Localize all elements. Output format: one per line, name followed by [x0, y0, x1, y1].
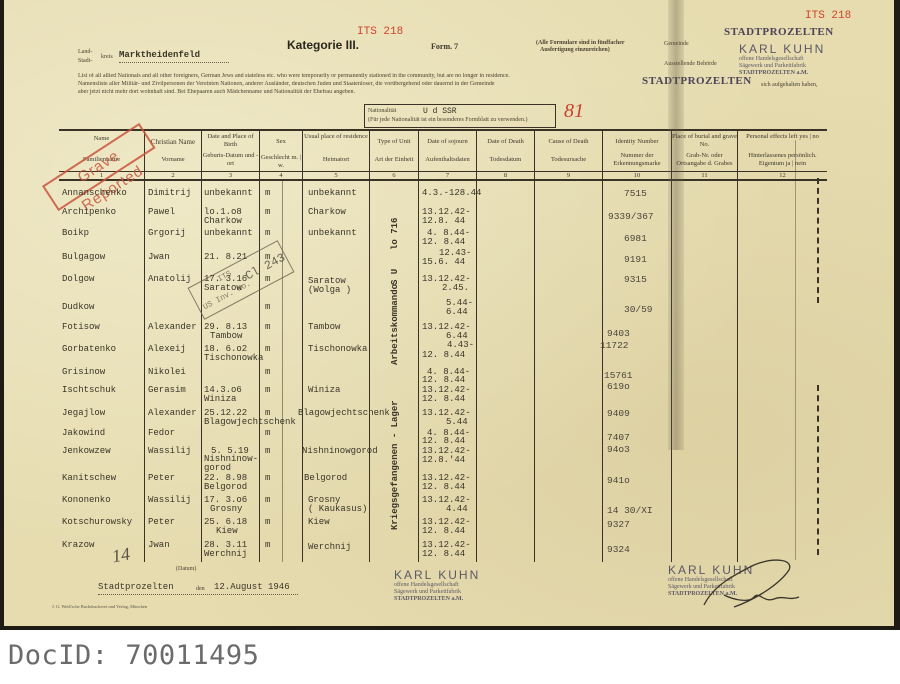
table-top-rule	[59, 129, 827, 131]
karl-kuhn-stamp-bottom: KARL KUHN offene Handelsgesellschaft Säg…	[394, 568, 480, 603]
unit-vertical-number: lo 716	[390, 205, 400, 250]
header-id-en: Identity Number	[603, 138, 671, 146]
karl-kuhn-stamp-line2: Sägewerk und Parkettfabrik	[739, 63, 806, 70]
header-id-de: Nummer der Erkennungsmarke	[603, 152, 671, 168]
cell-sojourn-end: 12. 8.44	[422, 526, 465, 536]
cell-residence: Tambow	[308, 322, 340, 332]
cell-sojourn-end: 6.44	[446, 307, 468, 317]
col-divider	[369, 130, 370, 562]
header-unit-num: 6	[370, 172, 418, 180]
document-frame: Land- Stadt- kreis Marktheidenfeld Kateg…	[0, 0, 900, 630]
effects-dash-line	[817, 178, 821, 303]
cell-id: 7515	[624, 188, 647, 199]
cell-first: Dimitrij	[148, 188, 191, 198]
header-sojourn-de: Aufenthaltsdaten	[419, 156, 476, 164]
cell-residence-2: (Wolga )	[308, 285, 351, 295]
cell-id: 14 30/XI	[607, 505, 653, 516]
cell-name: Jenkowzew	[62, 446, 111, 456]
cell-residence: Blagowjechtschenk	[298, 408, 390, 418]
header-birth-num: 3	[202, 172, 259, 180]
land-label: Land-	[78, 49, 92, 56]
header-cause-de: Todesursache	[535, 156, 602, 164]
col-divider	[737, 130, 738, 562]
stadt-label: Stadt-	[78, 58, 92, 65]
nationality-label: Nationalität	[368, 108, 396, 115]
cell-id: 9324	[607, 544, 630, 555]
printer-note: J. G. Weiß'sche Buchdruckerei und Verlag…	[52, 604, 147, 609]
cell-residence: Winiza	[308, 385, 340, 395]
cell-birth-place: Grosny	[210, 504, 242, 514]
cell-sojourn-end: 12. 8.44	[422, 237, 465, 247]
its-stamp-left: ITS 218	[357, 26, 403, 38]
cell-first: Alexeij	[148, 344, 186, 354]
cell-sex: m	[265, 367, 270, 377]
cell-first: Wassilij	[148, 446, 191, 456]
doc-id-label: DocID:	[8, 640, 109, 671]
stadtprozelten-stamp-top: STADTPROZELTEN	[724, 26, 834, 38]
cell-birth-place: Belgorod	[204, 482, 247, 492]
header-sex-num: 4	[260, 172, 302, 180]
cell-first: Alexander	[148, 408, 197, 418]
cell-birth-place: Werchnij	[204, 549, 247, 559]
intro-line-3: aber jetzt nicht mehr dort wohnhaft sind…	[78, 89, 638, 96]
header-birth-en: Date and Place of Birth	[202, 133, 259, 149]
form-note-2: Ausfertigung einzureichen)	[540, 47, 610, 54]
col-divider-sex	[282, 180, 283, 562]
cell-sojourn-end: 2.45.	[442, 283, 469, 293]
doc-id-value: 70011495	[125, 640, 259, 671]
cell-residence: Belgorod	[304, 473, 347, 483]
cell-name: Kononenko	[62, 495, 111, 505]
cell-sojourn-end: 4.44	[446, 504, 468, 514]
cell-sojourn-end: 15.6. 44	[422, 257, 465, 267]
stamp-line1: offene Handelsgesellschaft	[394, 582, 480, 589]
its-stamp-right: ITS 218	[805, 10, 851, 22]
cell-name: Ischtschuk	[62, 385, 116, 395]
header-birth-de: Geburts-Datum und -ort	[202, 152, 259, 168]
header-burial-num: 11	[672, 172, 737, 180]
signature-icon	[694, 555, 814, 615]
date: 12.August 1946	[214, 582, 290, 592]
karl-kuhn-stamp-line1: offene Handelsgesellschaft	[739, 56, 804, 63]
cell-sex: m	[265, 344, 270, 354]
col-divider	[534, 130, 535, 562]
cell-name: Grisinow	[62, 367, 105, 377]
cell-name: Jegajlow	[62, 408, 105, 418]
stamp-name: KARL KUHN	[394, 568, 480, 582]
intro-end: sich aufgehalten haben,	[761, 82, 817, 89]
cell-sojourn: 4.43-	[447, 340, 474, 350]
cell-sex: m	[265, 495, 270, 505]
cell-sex: m	[265, 252, 270, 262]
cell-id: 9327	[607, 519, 630, 530]
cell-sojourn-end: 5.44	[446, 417, 468, 427]
cell-id: 30/59	[624, 304, 653, 315]
header-death-de: Todesdatum	[477, 156, 534, 164]
cell-sex: m	[265, 207, 270, 217]
cell-first: Jwan	[148, 540, 170, 550]
date-label: (Datum)	[176, 566, 196, 573]
cell-sojourn-end: 12. 8.44	[422, 394, 465, 404]
cell-sex: m	[265, 473, 270, 483]
nationality-value: U d SSR	[423, 107, 457, 116]
cell-name: Jakowind	[62, 428, 105, 438]
header-residence-num: 5	[303, 172, 369, 180]
handwritten-number: 81	[564, 100, 584, 123]
cell-sex: m	[265, 408, 270, 418]
cell-birth-place: Winiza	[204, 394, 236, 404]
cell-first: Grgorij	[148, 228, 186, 238]
cell-sex: m	[265, 302, 270, 312]
cell-sojourn-end: 12. 8.44	[422, 436, 465, 446]
cell-sex: m	[265, 228, 270, 238]
form-number: Form. 7	[431, 42, 458, 51]
unit-vertical-su: S U	[390, 255, 400, 285]
col-divider	[302, 130, 303, 562]
cell-birth: unbekannt	[204, 188, 253, 198]
cell-id: 9191	[624, 254, 647, 265]
cell-id: 15761	[604, 370, 633, 381]
header-effects-en: Personal effects left yes | no	[738, 133, 827, 141]
cell-first: Gerasim	[148, 385, 186, 395]
cell-first: Alexander	[148, 322, 197, 332]
header-cause-num: 9	[535, 172, 602, 180]
cell-sex: m	[265, 322, 270, 332]
cell-name: Dolgow	[62, 274, 94, 284]
col-divider	[259, 130, 260, 562]
cell-sex: m	[265, 188, 270, 198]
place: Stadtprozelten	[98, 582, 174, 592]
karl-kuhn-stamp-name: KARL KUHN	[739, 42, 825, 56]
cell-name: Gorbatenko	[62, 344, 116, 354]
cell-name: Krazow	[62, 540, 94, 550]
col-divider-effects	[795, 140, 796, 560]
date-underline	[98, 594, 298, 595]
header-unit-de: Art der Einheit	[370, 156, 418, 164]
cell-residence: Charkow	[308, 207, 346, 217]
cell-sojourn-end: 12.8.'44	[422, 455, 465, 465]
col-divider	[144, 130, 145, 562]
nationality-note: (Für jede Nationalität ist ein besondere…	[368, 117, 527, 124]
header-death-en: Date of Death	[477, 138, 534, 146]
cell-birth-place: Saratow	[204, 283, 242, 293]
form-note-1: (Alle Formulare sind in fünffacher	[536, 40, 625, 47]
document-page: Land- Stadt- kreis Marktheidenfeld Kateg…	[4, 0, 894, 626]
intro-line-2: Namensliste aller Militär- und Zivilpers…	[78, 81, 638, 88]
cell-birth-place: Tischonowka	[204, 353, 263, 363]
cell-birth: unbekannt	[204, 228, 253, 238]
header-sex-de: Geschlecht m. | w.	[260, 154, 302, 170]
cell-id: 619o	[607, 381, 630, 392]
header-effects-num: 12	[738, 172, 827, 180]
unit-vertical-arbeitskommando: Arbeitskommando	[390, 295, 400, 365]
cell-name: Archipenko	[62, 207, 116, 217]
cell-first: Nikolei	[148, 367, 186, 377]
header-burial-de: Grab-Nr. oder Ortsangabe d. Grabes	[672, 152, 737, 168]
cell-residence: unbekannt	[308, 228, 357, 238]
cell-first: Peter	[148, 517, 175, 527]
header-burial-en: Place of burial and grave No.	[672, 133, 737, 149]
cell-name: Fotisow	[62, 322, 100, 332]
intro-line-1: List of all allied Nationals and all oth…	[78, 73, 638, 80]
cell-residence: unbekannt	[308, 188, 357, 198]
kategorie-title: Kategorie III.	[287, 38, 359, 52]
kreis-value: Marktheidenfeld	[119, 50, 200, 60]
unit-vertical-kriegsgefangenen: Kriegsgefangenen - Lager	[390, 360, 400, 530]
cell-sojourn-end: 12. 8.44	[422, 375, 465, 385]
effects-dash-line	[817, 385, 821, 555]
stadtprozelten-stamp-mid: STADTPROZELTEN	[642, 75, 752, 87]
cell-first: Peter	[148, 473, 175, 483]
cell-birth-place: Tambow	[210, 331, 242, 341]
doc-id: DocID: 70011495	[8, 640, 259, 671]
cell-residence: Kiew	[308, 517, 330, 527]
cell-id: 941o	[607, 475, 630, 486]
cell-birth: 21. 8.21	[204, 252, 247, 262]
header-sojourn-en: Date of sojourn	[419, 138, 476, 146]
header-sojourn-num: 7	[419, 172, 476, 180]
header-residence-de: Heimatort	[303, 156, 369, 164]
cell-birth-place: Nishninow-gorod	[204, 455, 259, 473]
cell-id: 9339/367	[608, 211, 654, 222]
cell-name: Kanitschew	[62, 473, 116, 483]
cell-residence-2: ( Kaukasus)	[308, 504, 367, 514]
cell-name: Bulgagow	[62, 252, 105, 262]
cell-first: Pawel	[148, 207, 175, 217]
cell-id: 9315	[624, 274, 647, 285]
nationality-box: Nationalität U d SSR (Für jede Nationali…	[364, 104, 556, 128]
header-first-de: Vorname	[145, 156, 201, 164]
cell-id: 9409	[607, 408, 630, 419]
cell-residence: Werchnij	[308, 542, 351, 552]
stamp-line3: STADTPROZELTEN a.M.	[394, 596, 480, 603]
cell-sex: m	[265, 274, 270, 284]
kreis-underline	[119, 62, 229, 63]
cell-sex: m	[265, 517, 270, 527]
cell-residence: Tischonowka	[308, 344, 367, 354]
cell-birth-place: Blagowjechtschenk	[204, 417, 296, 427]
handwritten-note: 14	[110, 544, 131, 568]
cell-sex: m	[265, 428, 270, 438]
col-divider	[201, 130, 202, 562]
cell-residence: Nishninowgorod	[302, 446, 378, 456]
cell-sojourn: 4.3.-128.44	[422, 188, 481, 198]
cell-name: Annanschenko	[62, 188, 127, 198]
cell-birth-place: Charkow	[204, 216, 242, 226]
cell-sex: m	[265, 540, 270, 550]
cell-id: 7407	[607, 432, 630, 443]
cell-name: Boikp	[62, 228, 89, 238]
header-unit-en: Type of Unit	[370, 138, 418, 146]
cell-sex: m	[265, 446, 270, 456]
cell-name: Dudkow	[62, 302, 94, 312]
cell-birth-place: Kiew	[216, 526, 238, 536]
cell-sojourn-end: 12. 8.44	[422, 549, 465, 559]
cell-sojourn-end: 12. 8.44	[422, 482, 465, 492]
paper-fold	[668, 0, 684, 450]
header-sex-en: Sex	[260, 138, 302, 146]
cell-first: Fedor	[148, 428, 175, 438]
cell-first: Jwan	[148, 252, 170, 262]
cell-id: 9403	[607, 328, 630, 339]
cell-name: Kotschurowsky	[62, 517, 132, 527]
cell-id: 11722	[600, 340, 629, 351]
cell-sojourn-end: 12.8. 44	[422, 216, 465, 226]
stamp-line2: Sägewerk und Parkettfabrik	[394, 589, 480, 596]
kreis-label: kreis	[101, 54, 113, 61]
header-id-num: 10	[603, 172, 671, 180]
header-death-num: 8	[477, 172, 534, 180]
header-first-num: 2	[145, 172, 201, 180]
header-cause-en: Cause of Death	[535, 138, 602, 146]
cell-first: Wassilij	[148, 495, 191, 505]
cell-first: Anatolij	[148, 274, 191, 284]
header-residence-en: Usual place of residence	[303, 133, 369, 141]
col-divider	[418, 130, 419, 562]
cell-id: 6981	[624, 233, 647, 244]
cell-id: 94o3	[607, 444, 630, 455]
header-effects-de: Hinterlassenes persönlich. Eigentum ja |…	[738, 152, 827, 168]
cell-sojourn-end: 12. 8.44	[422, 350, 465, 360]
cell-sex: m	[265, 385, 270, 395]
den-label: den	[196, 586, 205, 593]
